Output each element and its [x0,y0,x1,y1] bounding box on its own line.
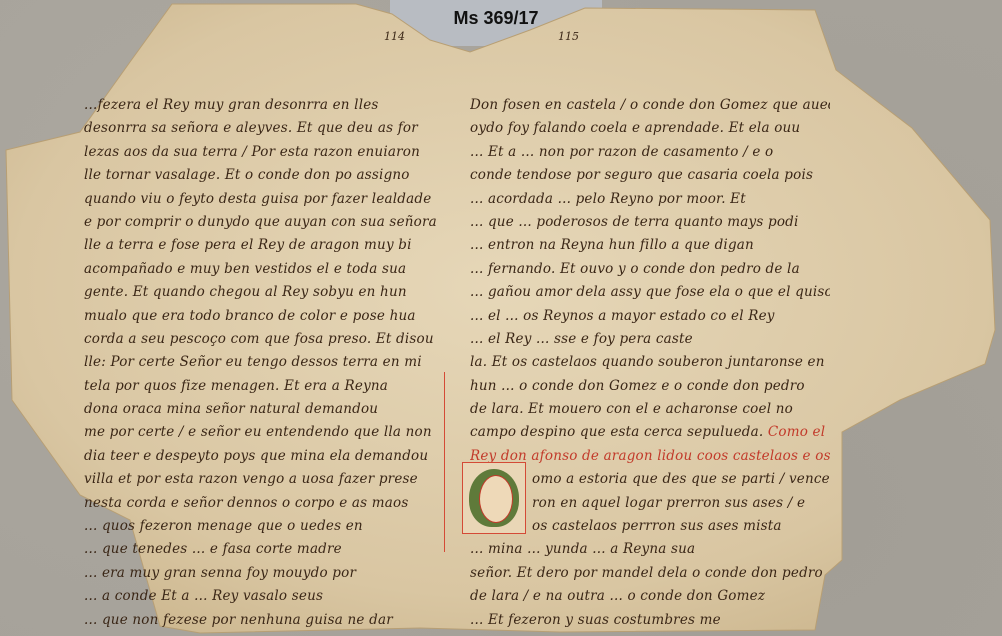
illuminated-initial [462,462,526,534]
text-line: ... acordada ... pelo Reyno por moor. Et [470,188,830,211]
text-line: me por certe / e señor eu entendendo que… [84,421,436,444]
text-line: la. Et os castelaos quando souberon junt… [470,351,830,374]
text-line: lle: Por certe Señor eu tengo dessos ter… [84,351,436,374]
text-line: ... el ... os Reynos a mayor estado co e… [470,305,830,328]
text-line: ... a conde Et a ... Rey vasalo seus [84,585,436,608]
text-line: dia teer e despeyto poys que mina ela de… [84,445,436,468]
text-line: señor. Et dero por mandel dela o conde d… [470,562,830,585]
text-line: ... que ... poderosos de terra quanto ma… [470,211,830,234]
text-line: hun ... o conde don Gomez e o conde don … [470,375,830,398]
text-line: ... que non fezese por nenhuna guisa ne … [84,609,436,632]
text-line: ... el Rey ... sse e foy pera caste [470,328,830,351]
text-line: conde tendose por seguro que casaria coe… [470,164,830,187]
text-line: ... gañou amor dela assy que fose ela o … [470,281,830,304]
folio-number-left: 114 [384,30,405,43]
text-line: corda a seu pescoço com que fosa preso. … [84,328,436,351]
text-line: ... mina ... yunda ... a Reyna sua [470,538,830,561]
text-line: tela por quos fize menagen. Et era a Rey… [84,375,436,398]
text-line: Don fosen en castela / o conde don Gomez… [470,94,830,117]
text-line: oydo foy falando coela e aprendade. Et e… [470,117,830,140]
text-line: nesta corda e señor dennos o corpo e as … [84,492,436,515]
folio-number-right: 115 [558,30,579,43]
text-line: ... fernando. Et ouvo y o conde don pedr… [470,258,830,281]
text-line: ... Et a ... non por razon de casamento … [470,141,830,164]
text-line: dona oraca mina señor natural demandou [84,398,436,421]
right-text-column: Don fosen en castela / o conde don Gomez… [470,94,830,634]
text-line: quando viu o feyto desta guisa por fazer… [84,188,436,211]
bearded-face-icon [479,475,513,523]
text-line: ...fezera el Rey muy gran desonrra en ll… [84,94,436,117]
text-line: lle tornar vasalage. Et o conde don po a… [84,164,436,187]
text-line: desonrra sa señora e aleyves. Et que deu… [84,117,436,140]
text-line: gente. Et quando chegou al Rey sobyu en … [84,281,436,304]
text-line: mualo que era todo branco de color e pos… [84,305,436,328]
text-line: ... Et fezeron y suas costumbres me [470,609,830,632]
text-line: ... entron na Reyna hun fillo a que diga… [470,234,830,257]
text-line: campo despino que esta cerca sepulueda. … [470,421,830,444]
text-line: ... quos fezeron menage que o uedes en [84,515,436,538]
text-line: e por comprir o dunydo que auyan con sua… [84,211,436,234]
text-line: de lara / e na outra ... o conde don Gom… [470,585,830,608]
rubric-start: Como el [768,424,825,440]
text-line: ... que tenedes ... e fasa corte madre [84,538,436,561]
text-line: lle a terra e fose pera el Rey de aragon… [84,234,436,257]
text-line: ... era muy gran senna foy mouydo por [84,562,436,585]
text-line: acompañado e muy ben vestidos el e toda … [84,258,436,281]
text-line: de lara. Et mouero con el e acharonse co… [470,398,830,421]
left-text-column: ...fezera el Rey muy gran desonrra en ll… [84,94,436,634]
text-line: lezas aos da sua terra / Por esta razon … [84,141,436,164]
text-line-body: campo despino que esta cerca sepulueda. [470,424,763,440]
text-line: villa et por esta razon vengo a uosa faz… [84,468,436,491]
